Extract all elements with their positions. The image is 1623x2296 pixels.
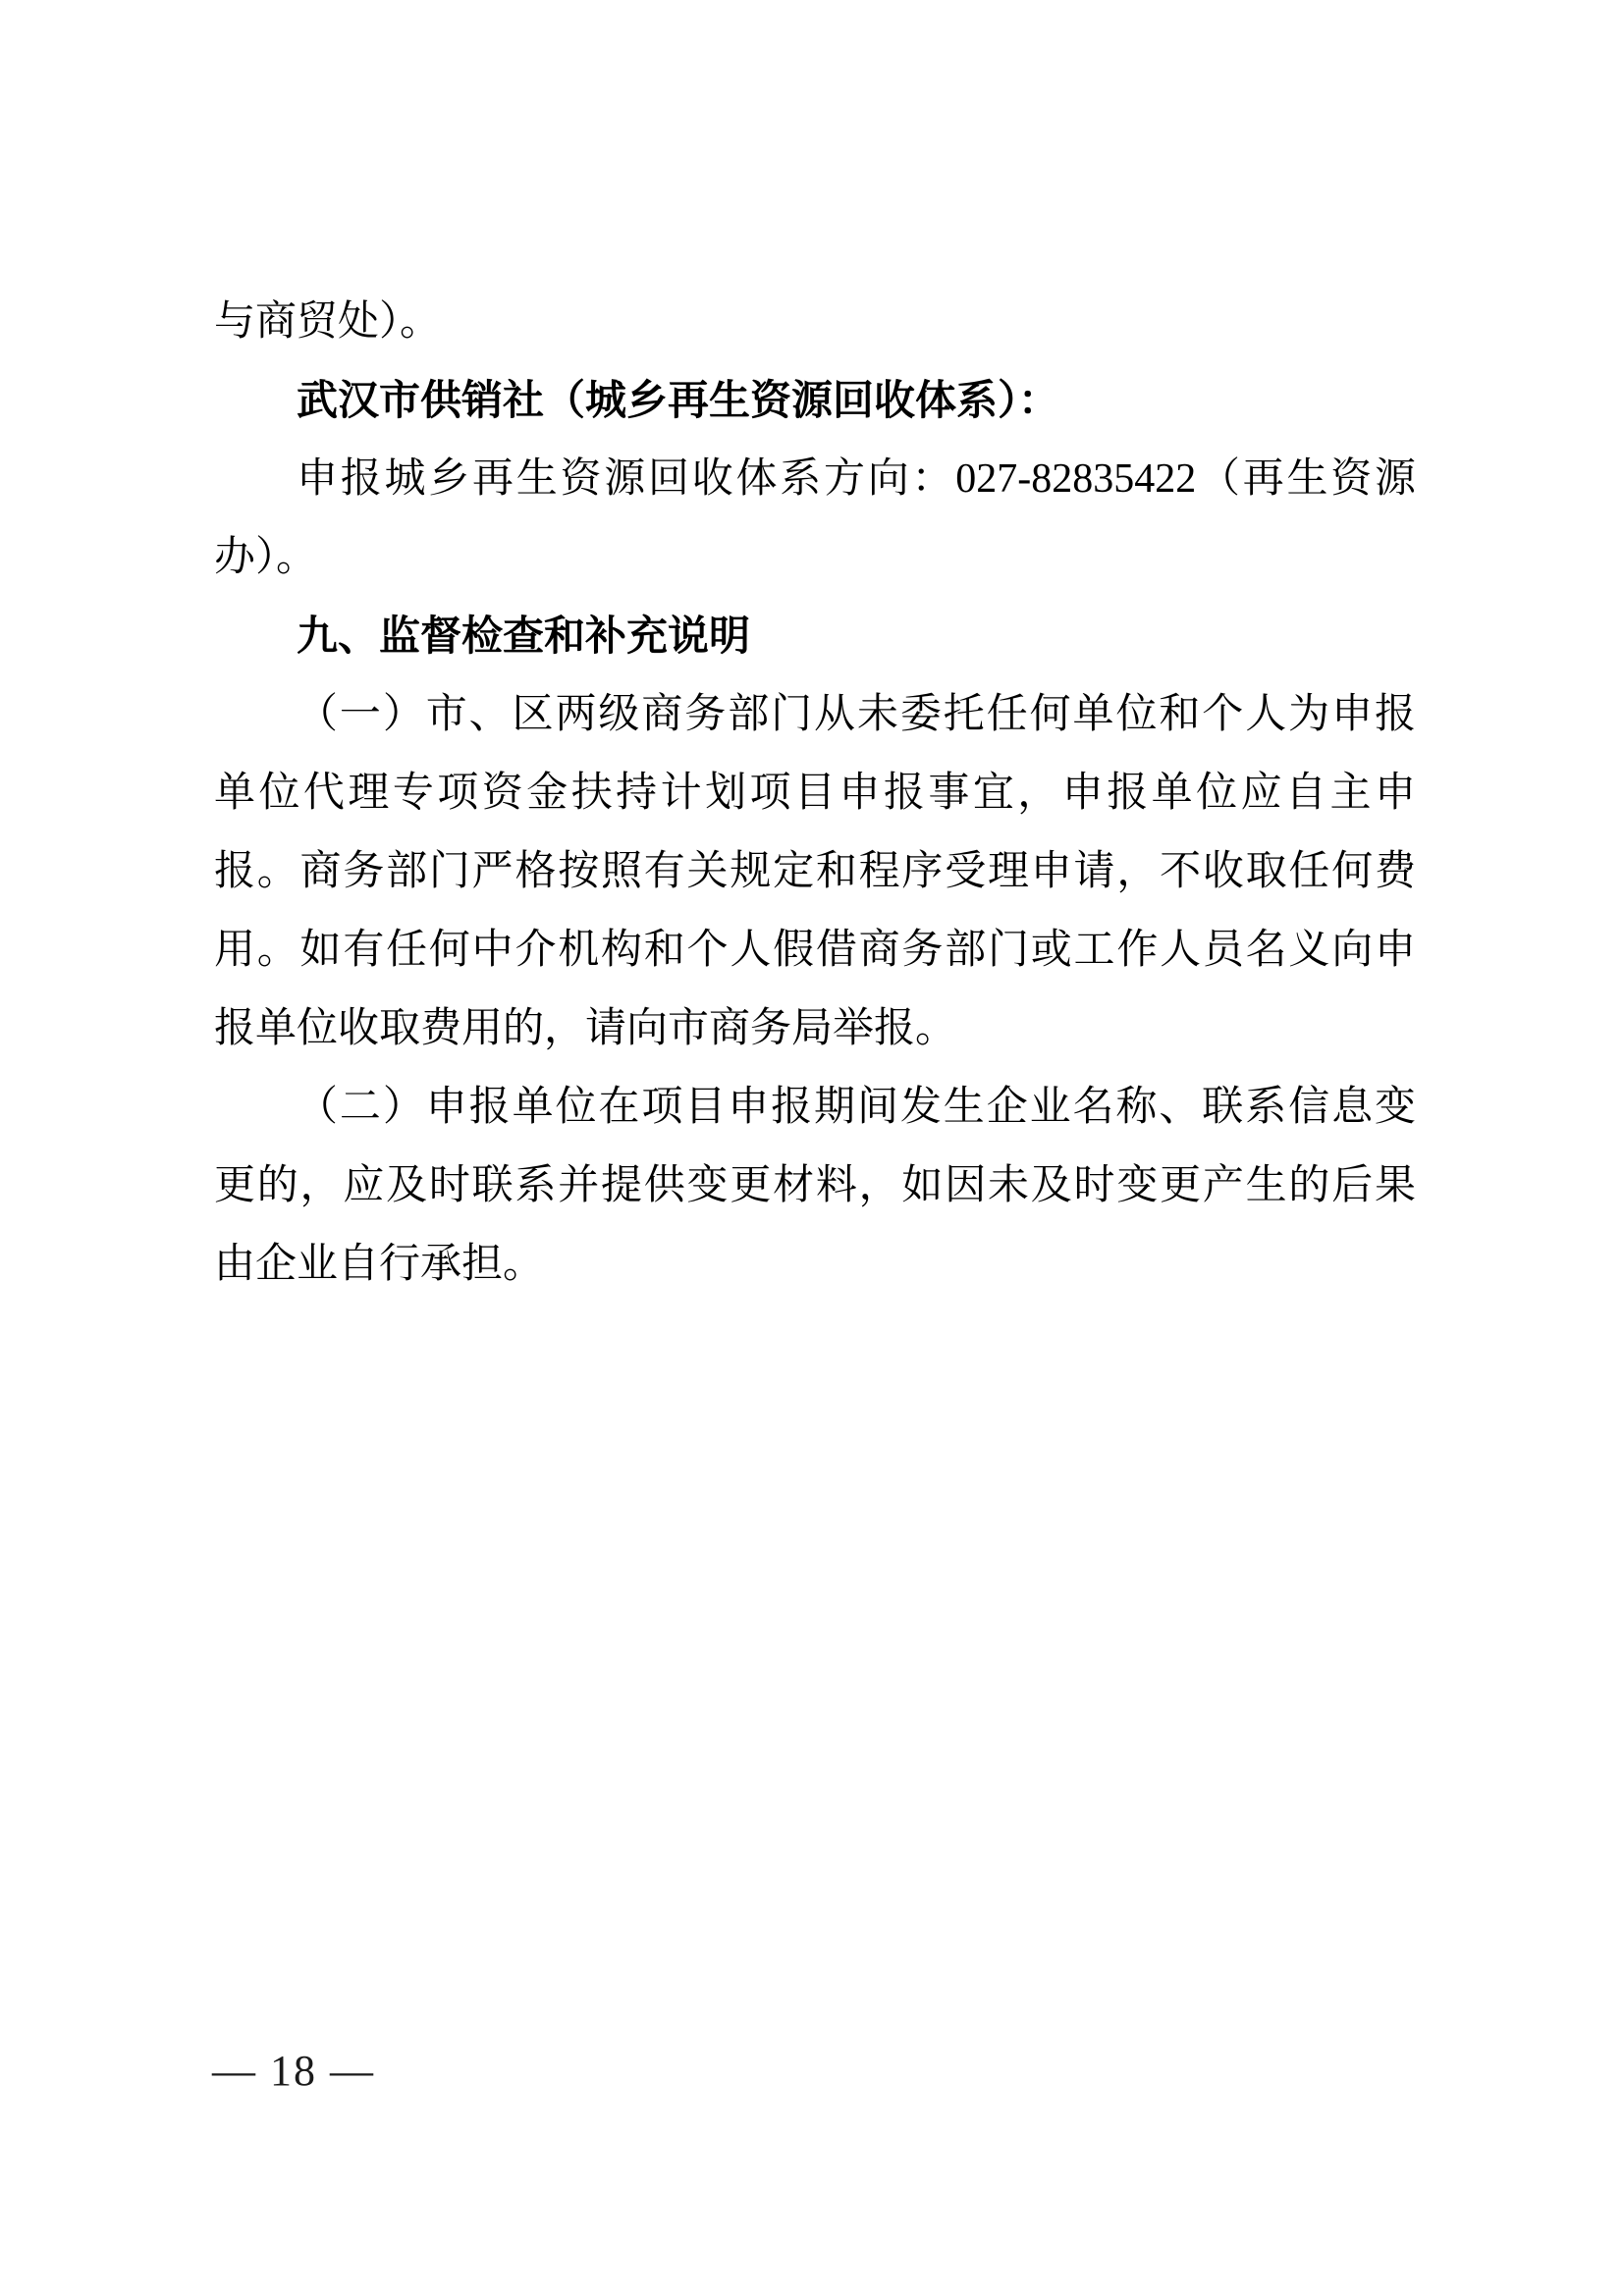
text-line: 与商贸处）。	[214, 283, 1416, 361]
text-line: 报。商务部门严格按照有关规定和程序受理申请，不收取任何费	[214, 832, 1416, 911]
text-line: 九、监督检查和补充说明	[214, 597, 1416, 675]
page-number: — 18 —	[212, 2048, 375, 2095]
text-line: 申报城乡再生资源回收体系方向：027-82835422（再生资源	[214, 440, 1416, 518]
body-text: 与商贸处）。武汉市供销社（城乡再生资源回收体系）：申报城乡再生资源回收体系方向：…	[214, 283, 1416, 1304]
text-line: （一）市、区两级商务部门从未委托任何单位和个人为申报	[214, 675, 1416, 754]
text-line: 武汉市供销社（城乡再生资源回收体系）：	[214, 361, 1416, 440]
text-line: 用。如有任何中介机构和个人假借商务部门或工作人员名义向申	[214, 911, 1416, 989]
text-line: 由企业自行承担。	[214, 1225, 1416, 1304]
document-page: 与商贸处）。武汉市供销社（城乡再生资源回收体系）：申报城乡再生资源回收体系方向：…	[0, 0, 1623, 2296]
text-line: 报单位收取费用的，请向市商务局举报。	[214, 989, 1416, 1068]
text-line: 单位代理专项资金扶持计划项目申报事宜，申报单位应自主申	[214, 754, 1416, 832]
text-line: 更的，应及时联系并提供变更材料，如因未及时变更产生的后果	[214, 1147, 1416, 1225]
text-line: 办）。	[214, 518, 1416, 597]
text-line: （二）申报单位在项目申报期间发生企业名称、联系信息变	[214, 1068, 1416, 1147]
